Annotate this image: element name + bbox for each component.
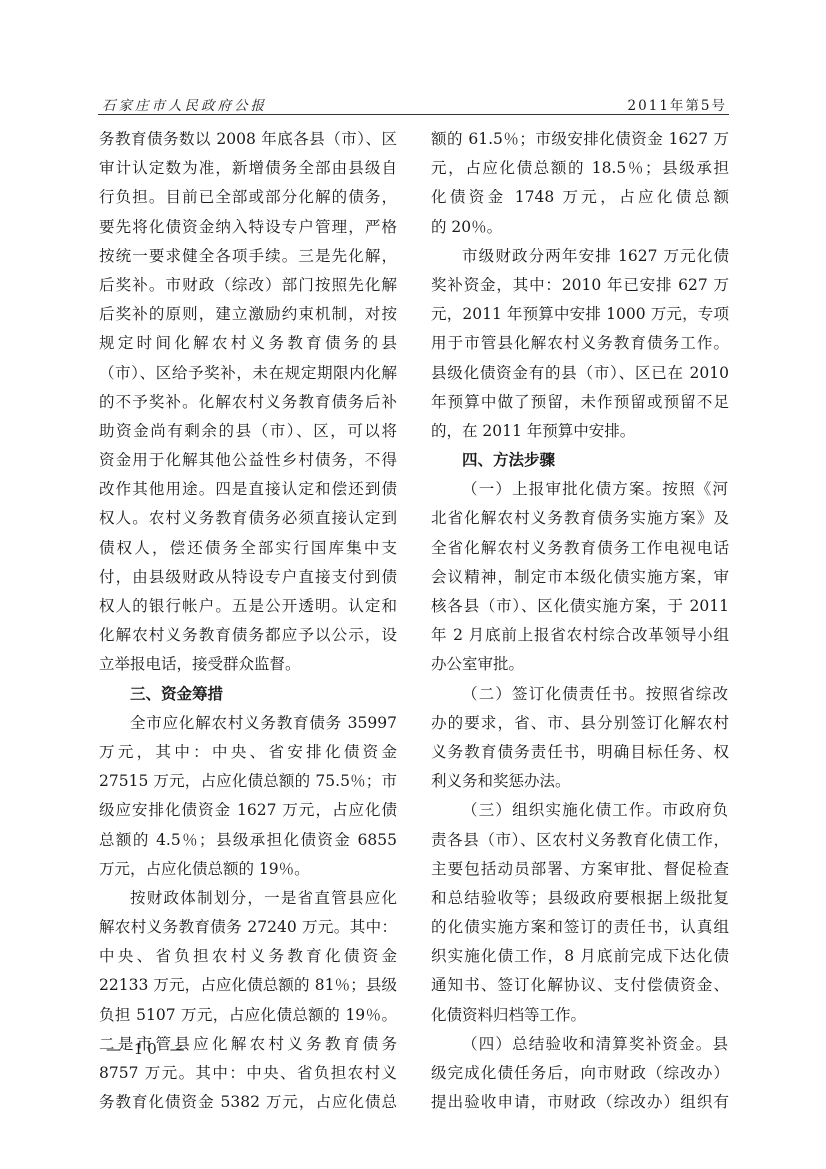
- text-line: 级应安排化债资金 1627 万元，占应化债: [99, 796, 397, 825]
- text-line: 元，占应化债总额的 18.5％；县级承担: [431, 154, 729, 183]
- text-line: 织实施化债工作，8 月底前完成下达化债: [431, 942, 729, 971]
- text-line: 权人。农村义务教育债务必须直接认定到: [99, 504, 397, 533]
- text-line: 提出验收申请，市财政（综改办）组织有: [431, 1088, 729, 1117]
- page-number: — 10 —: [106, 1040, 189, 1058]
- text-line: 化债资料归档等工作。: [431, 1001, 729, 1030]
- text-line: 8757 万元。其中：中央、省负担农村义: [99, 1059, 397, 1088]
- left-text-column: 务教育债务数以 2008 年底各县（市）、区审计认定数为准，新增债务全部由县级自…: [99, 125, 397, 1117]
- text-line: 元，2011 年预算中安排 1000 万元，专项: [431, 300, 729, 329]
- text-line: 付，由县级财政从特设专户直接支付到债: [99, 563, 397, 592]
- text-line: 和总结验收等；县级政府要根据上级批复: [431, 884, 729, 913]
- paragraph-start-line: 按财政体制划分，一是省直管县应化: [99, 884, 397, 913]
- text-line: 主要包括动员部署、方案审批、督促检查: [431, 855, 729, 884]
- text-line: 的 20％。: [431, 213, 729, 242]
- text-line: 务教育债务数以 2008 年底各县（市）、区: [99, 125, 397, 154]
- text-line: 会议精神，制定市本级化债实施方案，审: [431, 563, 729, 592]
- subsection-start-line: （三）组织实施化债工作。市政府负: [431, 796, 729, 825]
- right-text-column: 额的 61.5％；市级安排化债资金 1627 万元，占应化债总额的 18.5％；…: [431, 125, 729, 1117]
- text-line: 27515 万元，占应化债总额的 75.5％；市: [99, 767, 397, 796]
- text-line: 立举报电话，接受群众监督。: [99, 650, 397, 679]
- text-line: 规定时间化解农村义务教育债务的县: [99, 329, 397, 358]
- text-line: 化解农村义务教育债务都应予以公示，设: [99, 621, 397, 650]
- text-line: 的化债实施方案和签订的责任书，认真组: [431, 913, 729, 942]
- text-line: 用于市管县化解农村义务教育债务工作。: [431, 329, 729, 358]
- text-line: 北省化解农村义务教育债务实施方案》及: [431, 504, 729, 533]
- text-line: 万元，占应化债总额的 19％。: [99, 855, 397, 884]
- text-line: 审计认定数为准，新增债务全部由县级自: [99, 154, 397, 183]
- text-line: 级完成化债任务后，向市财政（综改办）: [431, 1059, 729, 1088]
- publication-title: 石家庄市人民政府公报: [102, 94, 267, 114]
- text-line: 通知书、签订化解协议、支付偿债资金、: [431, 971, 729, 1000]
- text-line: 要先将化债资金纳入特设专户管理，严格: [99, 213, 397, 242]
- text-line: 办公室审批。: [431, 650, 729, 679]
- text-line: 权人的银行帐户。五是公开透明。认定和: [99, 592, 397, 621]
- text-line: 助资金尚有剩余的县（市）、区，可以将: [99, 417, 397, 446]
- section-heading: 四、方法步骤: [431, 446, 729, 475]
- text-line: 万元，其中：中央、省安排化债资金: [99, 738, 397, 767]
- text-line: 总额的 4.5％；县级承担化债资金 6855: [99, 826, 397, 855]
- text-line: 的不予奖补。化解农村义务教育债务后补: [99, 388, 397, 417]
- section-heading: 三、资金筹措: [99, 680, 397, 709]
- text-line: 22133 万元，占应化债总额的 81％；县级: [99, 971, 397, 1000]
- text-line: 按统一要求健全各项手续。三是先化解，: [99, 242, 397, 271]
- text-line: 全省化解农村义务教育债务工作电视电话: [431, 534, 729, 563]
- page-header: 石家庄市人民政府公报 2011年第5号: [98, 94, 729, 115]
- text-line: 债权人，偿还债务全部实行国库集中支: [99, 534, 397, 563]
- text-line: 年 2 月底前上报省农村综合改革领导小组: [431, 621, 729, 650]
- text-line: 奖补资金，其中：2010 年已安排 627 万: [431, 271, 729, 300]
- text-line: 后奖补的原则，建立激励约束机制，对按: [99, 300, 397, 329]
- text-line: 办的要求，省、市、县分别签订化解农村: [431, 709, 729, 738]
- text-line: （市）、区给予奖补，未在规定期限内化解: [99, 359, 397, 388]
- text-line: 改作其他用途。四是直接认定和偿还到债: [99, 475, 397, 504]
- text-line: 责各县（市）、区农村义务教育化债工作，: [431, 826, 729, 855]
- text-line: 额的 61.5％；市级安排化债资金 1627 万: [431, 125, 729, 154]
- paragraph-start-line: 全市应化解农村义务教育债务 35997: [99, 709, 397, 738]
- subsection-start-line: （二）签订化债责任书。按照省综改: [431, 680, 729, 709]
- text-line: 中央、省负担农村义务教育化债资金: [99, 942, 397, 971]
- text-line: 资金用于化解其他公益性乡村债务，不得: [99, 446, 397, 475]
- text-line: 解农村义务教育债务 27240 万元。其中：: [99, 913, 397, 942]
- text-line: 核各县（市）、区化债实施方案，于 2011: [431, 592, 729, 621]
- text-line: 利义务和奖惩办法。: [431, 767, 729, 796]
- text-line: 年预算中做了预留，未作预留或预留不足: [431, 388, 729, 417]
- subsection-start-line: （一）上报审批化债方案。按照《河: [431, 475, 729, 504]
- text-line: 务教育化债资金 5382 万元，占应化债总: [99, 1088, 397, 1117]
- issue-number: 2011年第5号: [628, 94, 727, 114]
- text-line: 负担 5107 万元，占应化债总额的 19％。: [99, 1001, 397, 1030]
- text-line: 的，在 2011 年预算中安排。: [431, 417, 729, 446]
- subsection-start-line: （四）总结验收和清算奖补资金。县: [431, 1030, 729, 1059]
- text-line: 县级化债资金有的县（市）、区已在 2010: [431, 359, 729, 388]
- text-line: 化债资金 1748 万元，占应化债总额: [431, 183, 729, 212]
- paragraph-start-line: 市级财政分两年安排 1627 万元化债: [431, 242, 729, 271]
- text-line: 义务教育债务责任书，明确目标任务、权: [431, 738, 729, 767]
- text-line: 后奖补。市财政（综改）部门按照先化解: [99, 271, 397, 300]
- text-line: 行负担。目前已全部或部分化解的债务，: [99, 183, 397, 212]
